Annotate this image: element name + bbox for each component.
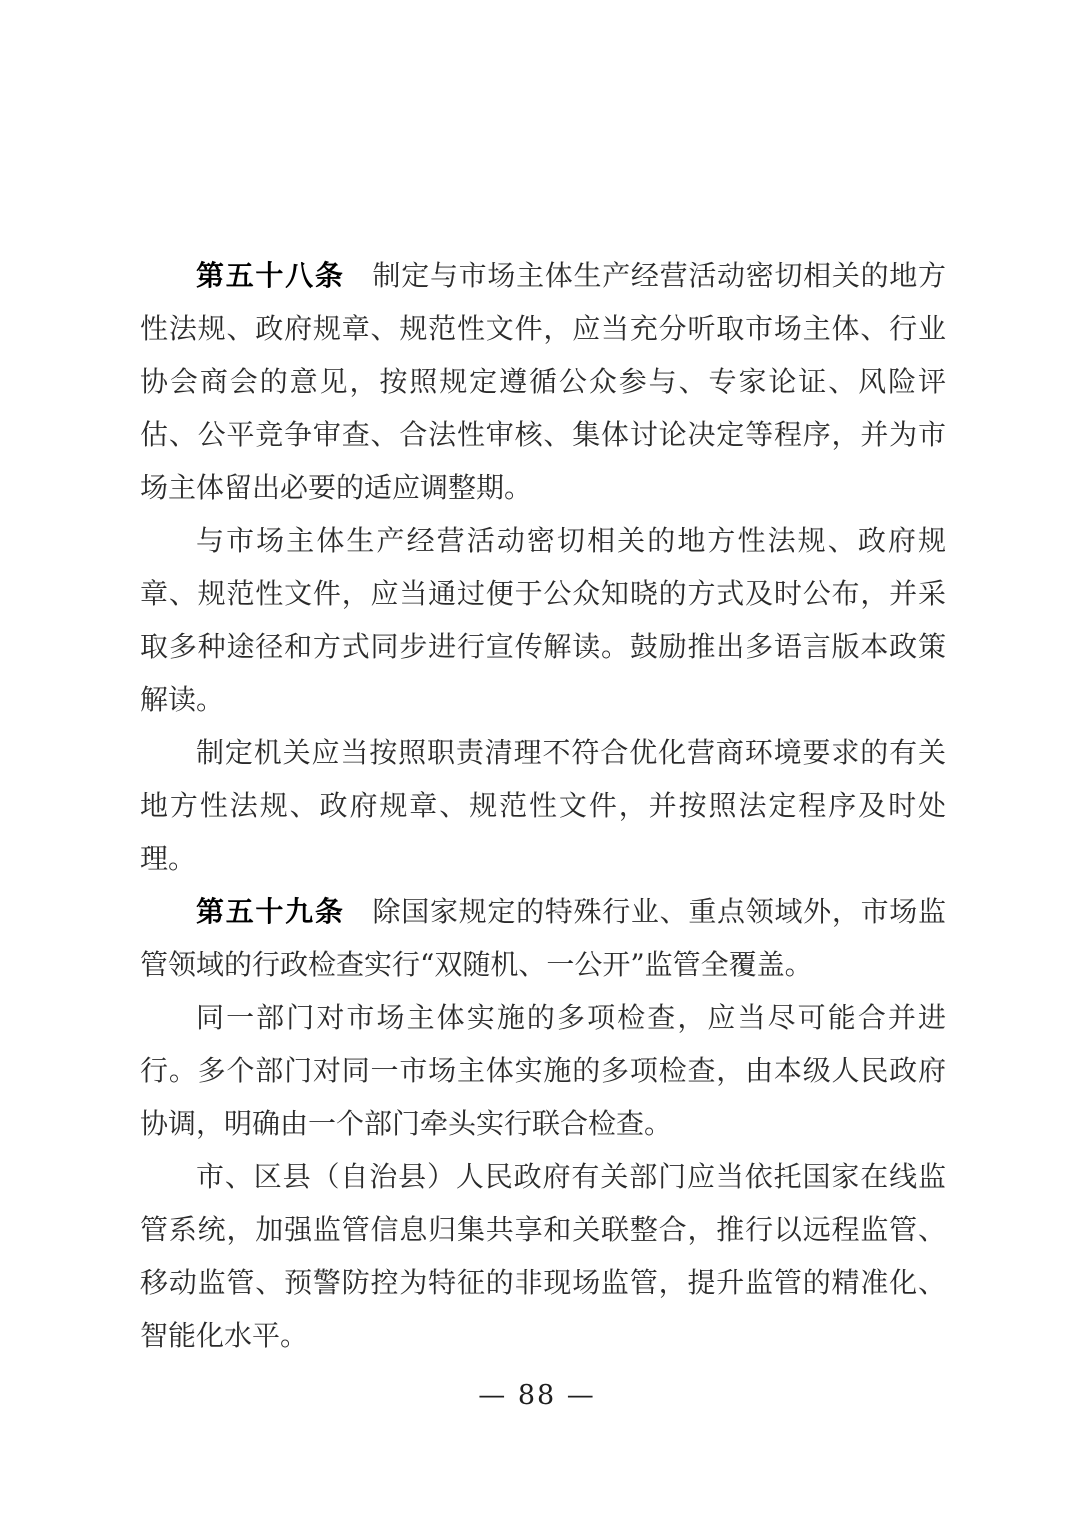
article-58-paragraph-1: 第五十八条制定与市场主体生产经营活动密切相关的地方性法规、政府规章、规范性文件，…: [140, 249, 946, 514]
article-59-number: 第五十九条: [196, 895, 345, 928]
article-58-paragraph-2: 与市场主体生产经营活动密切相关的地方性法规、政府规章、规范性文件，应当通过便于公…: [140, 514, 946, 726]
document-page: 第五十八条制定与市场主体生产经营活动密切相关的地方性法规、政府规章、规范性文件，…: [0, 0, 1074, 1520]
article-59-paragraph-2: 同一部门对市场主体实施的多项检查，应当尽可能合并进行。多个部门对同一市场主体实施…: [140, 991, 946, 1150]
article-58-number: 第五十八条: [196, 259, 345, 292]
article-59-paragraph-1: 第五十九条除国家规定的特殊行业、重点领域外，市场监管领域的行政检查实行“双随机、…: [140, 885, 946, 991]
page-number: — 88 —: [0, 1380, 1074, 1411]
paragraph-text: 市、区县（自治县）人民政府有关部门应当依托国家在线监管系统，加强监管信息归集共享…: [140, 1160, 946, 1352]
article-58-paragraph-3: 制定机关应当按照职责清理不符合优化营商环境要求的有关地方性法规、政府规章、规范性…: [140, 726, 946, 885]
article-59-paragraph-3: 市、区县（自治县）人民政府有关部门应当依托国家在线监管系统，加强监管信息归集共享…: [140, 1150, 946, 1362]
paragraph-text: 制定与市场主体生产经营活动密切相关的地方性法规、政府规章、规范性文件，应当充分听…: [140, 259, 946, 504]
paragraph-text: 制定机关应当按照职责清理不符合优化营商环境要求的有关地方性法规、政府规章、规范性…: [140, 736, 946, 875]
paragraph-text: 同一部门对市场主体实施的多项检查，应当尽可能合并进行。多个部门对同一市场主体实施…: [140, 1001, 946, 1140]
paragraph-text: 与市场主体生产经营活动密切相关的地方性法规、政府规章、规范性文件，应当通过便于公…: [140, 524, 946, 716]
document-content: 第五十八条制定与市场主体生产经营活动密切相关的地方性法规、政府规章、规范性文件，…: [140, 249, 946, 1362]
